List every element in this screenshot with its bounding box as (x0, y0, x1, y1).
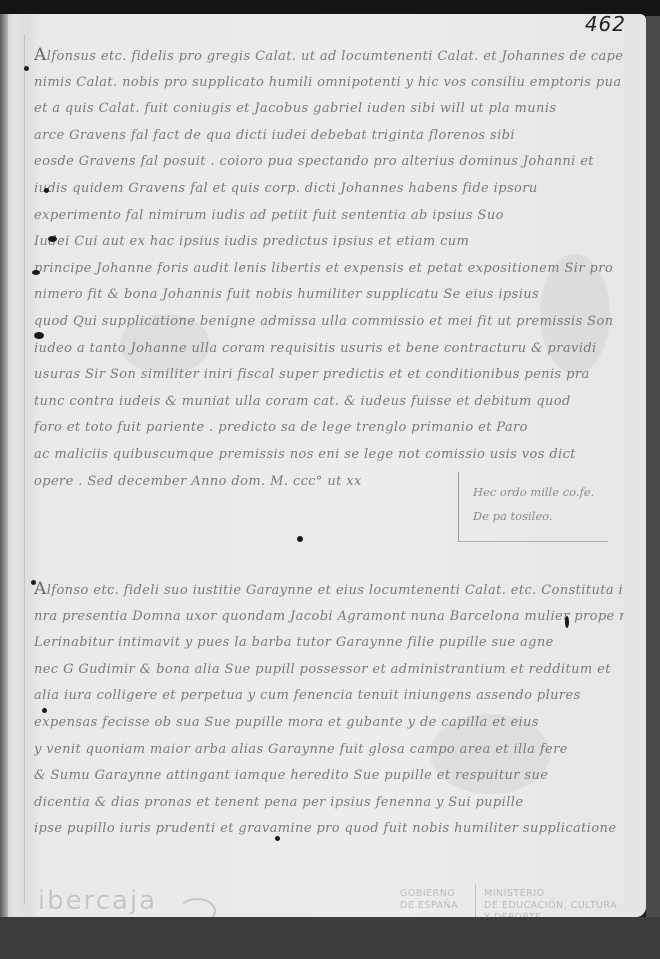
text-line: Iudei Cui aut ex hac ipsius iudis predic… (34, 228, 624, 255)
text-line: tunc contra iudeis & muniat ulla coram c… (34, 388, 624, 415)
text-line: eosde Gravens fal posuit . coioro pua sp… (34, 148, 624, 175)
ministerio-line-2: DE EDUCACIÓN, CULTURA (484, 900, 617, 912)
ministerio-line-3: Y DEPORTE (484, 912, 617, 917)
text-line: Alfonsus etc. fidelis pro gregis Calat. … (34, 42, 624, 69)
margin-ruling-line (24, 34, 25, 904)
scan-backdrop-right (646, 16, 660, 959)
text-line: iudeo a tanto Johanne ulla coram requisi… (34, 335, 624, 362)
text-line: nra presentia Domna uxor quondam Jacobi … (34, 603, 624, 630)
ministerio-line-1: MINISTERIO (484, 888, 617, 900)
scan-backdrop-bottom (0, 917, 660, 959)
text-line: usuras Sir Son similiter iniri fiscal su… (34, 361, 624, 388)
gobierno-line-2: DE ESPAÑA (400, 900, 458, 912)
marginal-note-box: Hec ordo mille co.fe.De pa tosileo. (458, 472, 608, 542)
manuscript-page: 462 Alfonsus etc. fidelis pro gregis Cal… (0, 14, 646, 917)
text-line: quod Qui supplicatione benigne admissa u… (34, 308, 624, 335)
text-line: expensas fecisse ob sua Sue pupille mora… (34, 709, 624, 736)
gobierno-line-1: GOBIERNO (400, 888, 458, 900)
marginal-note-line: De pa tosileo. (473, 504, 608, 528)
gobierno-watermark: GOBIERNO DE ESPAÑA (400, 888, 458, 912)
text-line: principe Johanne foris audit lenis liber… (34, 255, 624, 282)
text-line: dicentia & dias pronas et tenent pena pe… (34, 789, 624, 816)
marginal-note-line: Hec ordo mille co.fe. (473, 480, 608, 504)
folio-number: 462 (585, 14, 626, 36)
ibercaja-logo-icon (178, 898, 216, 917)
text-line: y venit quoniam maior arba alias Garaynn… (34, 736, 624, 763)
ibercaja-watermark: ibercaja (38, 886, 157, 916)
paragraph-2: Alfonso etc. fideli suo iustitie Garaynn… (34, 576, 624, 842)
ink-blot (24, 66, 29, 71)
ink-blot (34, 332, 44, 339)
text-line: et a quis Calat. fuit coniugis et Jacobu… (34, 95, 624, 122)
decorated-initial: A (34, 43, 47, 69)
text-line: Lerinabitur intimavit y pues la barba tu… (34, 629, 624, 656)
ministerio-watermark: MINISTERIO DE EDUCACIÓN, CULTURA Y DEPOR… (484, 888, 617, 917)
paragraph-1: Alfonsus etc. fidelis pro gregis Calat. … (34, 42, 624, 494)
text-line: Alfonso etc. fideli suo iustitie Garaynn… (34, 576, 624, 603)
text-line: & Sumu Garaynne attingant iamque heredit… (34, 762, 624, 789)
ink-blot (275, 836, 280, 841)
ink-blot (44, 188, 49, 193)
text-line: iudis quidem Gravens fal et quis corp. d… (34, 175, 624, 202)
page-binding-edge (0, 14, 8, 917)
watermark-divider (475, 884, 476, 917)
ink-blot (31, 580, 36, 585)
text-line: nec G Gudimir & bona alia Sue pupill pos… (34, 656, 624, 683)
ink-blot (42, 708, 47, 713)
text-line: experimento fal nimirum iudis ad petiit … (34, 202, 624, 229)
ink-blot (32, 270, 40, 275)
text-line: arce Gravens fal fact de qua dicti iudei… (34, 122, 624, 149)
text-line: ac maliciis quibuscumque premissis nos e… (34, 441, 624, 468)
text-line: nimis Calat. nobis pro supplicato humili… (34, 69, 624, 96)
ink-blot (297, 536, 303, 542)
text-line: nimero fit & bona Johannis fuit nobis hu… (34, 281, 624, 308)
text-line: ipse pupillo iuris prudenti et gravamine… (34, 815, 624, 842)
ink-blot (48, 236, 57, 242)
ink-blot (565, 616, 569, 628)
text-line: foro et toto fuit pariente . predicto sa… (34, 414, 624, 441)
text-line: alia iura colligere et perpetua y cum fe… (34, 682, 624, 709)
